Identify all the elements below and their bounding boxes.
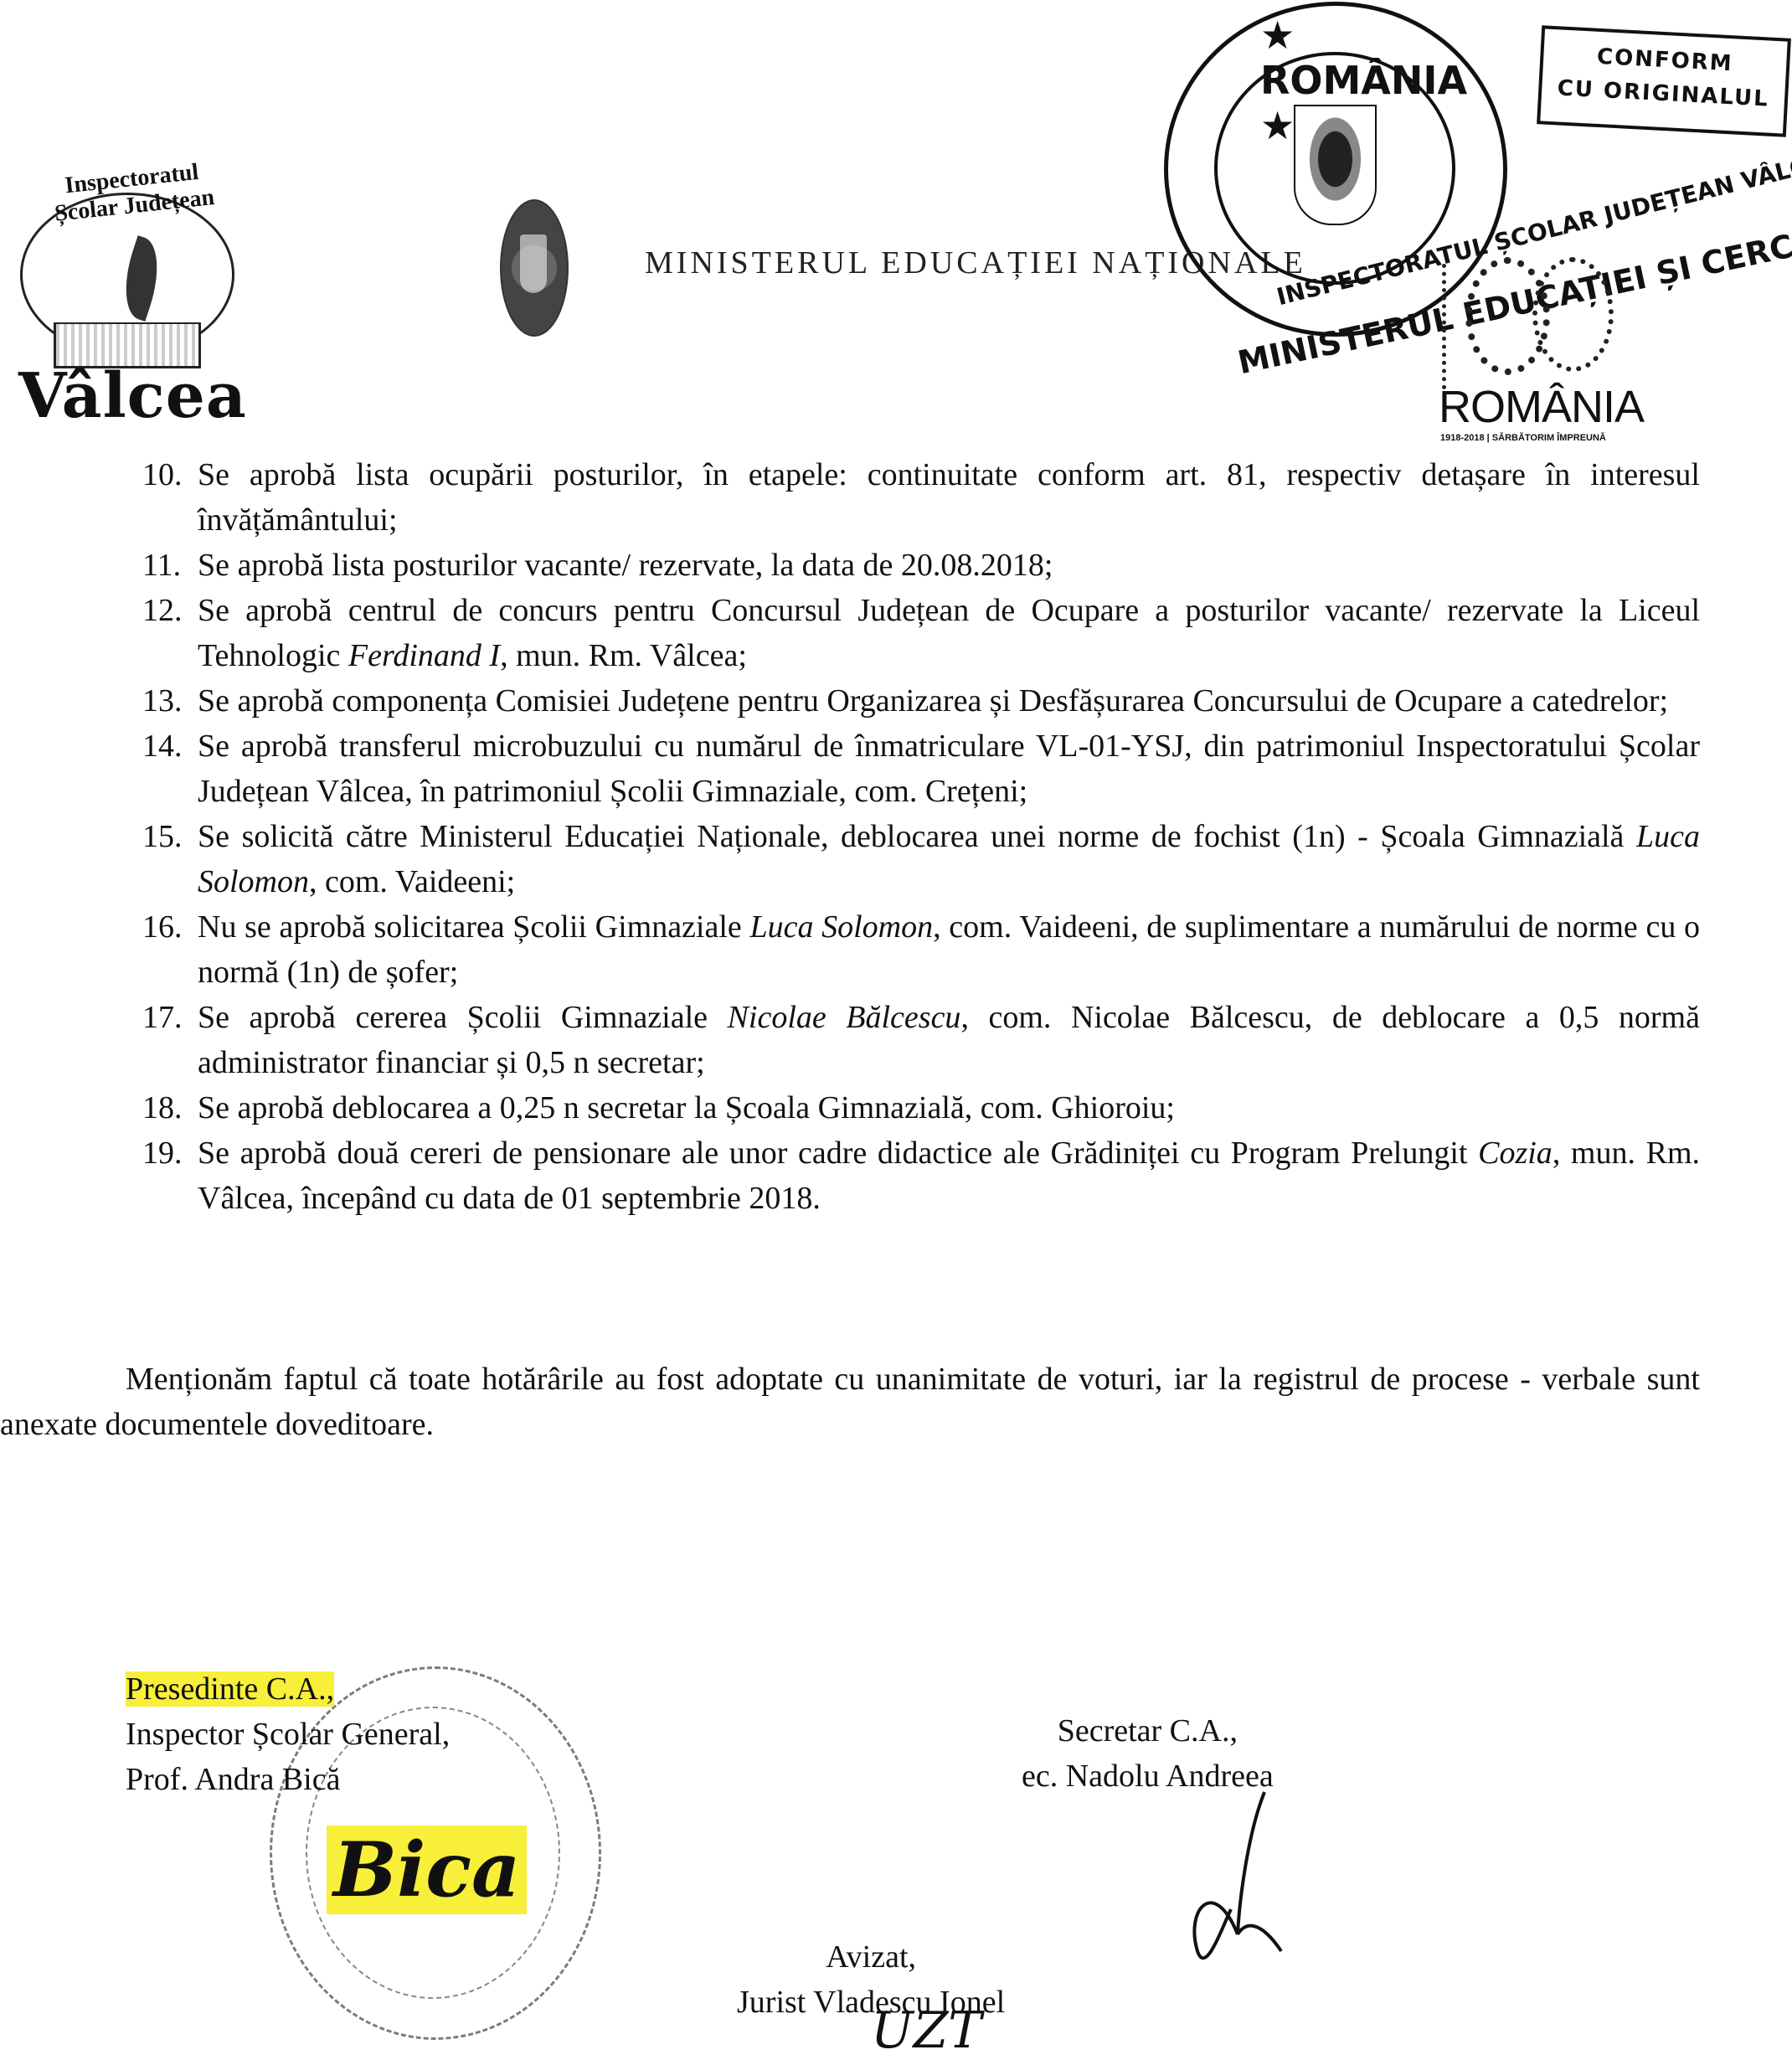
closing-line-1: Menționăm faptul că toate hotărârile au … (0, 1362, 1400, 1397)
decision-number: 15. (142, 814, 183, 859)
legal-label: Avizat, (737, 1934, 1005, 1980)
decision-item: 11.Se aprobă lista posturilor vacante/ r… (142, 543, 1700, 588)
decision-text: Se aprobă deblocarea a 0,25 n secretar l… (198, 1090, 1175, 1125)
president-role: Presedinte C.A., (126, 1671, 334, 1707)
decision-text: Se aprobă lista posturilor vacante/ reze… (198, 548, 1053, 583)
centenary-digit-one (1442, 264, 1446, 389)
decision-text: Se aprobă cererea Școlii Gimnaziale (198, 1000, 728, 1035)
decision-number: 10. (142, 452, 183, 497)
decision-item: 17.Se aprobă cererea Școlii Gimnaziale N… (142, 995, 1700, 1085)
decisions-list: 10.Se aprobă lista ocupării posturilor, … (142, 452, 1700, 1221)
institution-name: Luca Solomon (749, 909, 933, 945)
decision-text: Se aprobă lista ocupării posturilor, în … (198, 457, 1700, 538)
decision-item: 12.Se aprobă centrul de concurs pentru C… (142, 588, 1700, 678)
decision-number: 19. (142, 1130, 183, 1176)
decision-number: 14. (142, 724, 183, 769)
decision-number: 17. (142, 995, 183, 1040)
decision-text: , com. Vaideeni; (309, 864, 515, 899)
president-handwritten-signature: Bica (327, 1826, 527, 1914)
secretary-role: Secretar C.A., (1022, 1708, 1274, 1754)
decision-text: Se solicită către Ministerul Educației N… (198, 819, 1636, 854)
president-signature-block: Presedinte C.A., Inspector Școlar Genera… (126, 1666, 450, 1802)
decision-item: 14.Se aprobă transferul microbuzului cu … (142, 724, 1700, 814)
decision-item: 10.Se aprobă lista ocupării posturilor, … (142, 452, 1700, 543)
decision-text: Se aprobă două cereri de pensionare ale … (198, 1136, 1478, 1171)
closing-paragraph: Menționăm faptul că toate hotărârile au … (0, 1357, 1700, 1447)
centenary-word: ROMÂNIA (1439, 381, 1644, 433)
institution-name: Nicolae Bălcescu (728, 1000, 961, 1035)
president-name: Prof. Andra Bică (126, 1757, 450, 1802)
decision-item: 16.Nu se aprobă solicitarea Școlii Gimna… (142, 904, 1700, 995)
stamp-top-text: ★ ROMÂNIA ★ (1260, 13, 1503, 148)
decision-text: Se aprobă transferul microbuzului cu num… (198, 729, 1700, 809)
legal-handwritten-signature: UZT (871, 2001, 981, 2060)
centenary-logo: ROMÂNIA 1918-2018 | SĂRBĂTORIM ÎMPREUNĂ (1432, 239, 1633, 440)
decision-item: 19.Se aprobă două cereri de pensionare a… (142, 1130, 1700, 1221)
decision-item: 15.Se solicită către Ministerul Educație… (142, 814, 1700, 904)
county-inspectorate-logo: Inspectoratul Școlar Județean Vâlcea (12, 159, 238, 410)
decision-number: 13. (142, 678, 183, 724)
coat-of-arms-icon (500, 199, 569, 337)
president-title: Inspector Școlar General, (126, 1712, 450, 1757)
conform-original-stamp: CONFORM CU ORIGINALUL (1537, 25, 1791, 136)
decision-text: , mun. Rm. Vâlcea; (500, 638, 747, 673)
decision-item: 13.Se aprobă componența Comisiei Județen… (142, 678, 1700, 724)
decision-number: 12. (142, 588, 183, 633)
centenary-tagline: 1918-2018 | SĂRBĂTORIM ÎMPREUNĂ (1440, 433, 1606, 443)
decision-number: 11. (142, 543, 181, 588)
decision-number: 16. (142, 904, 183, 950)
centenary-digit-zero (1532, 257, 1614, 372)
logo-county-name: Vâlcea (18, 360, 247, 432)
decision-text: Se aprobă componența Comisiei Județene p… (198, 683, 1668, 718)
secretary-handwritten-signature (1189, 1784, 1306, 1968)
decision-item: 18.Se aprobă deblocarea a 0,25 n secreta… (142, 1085, 1700, 1130)
decision-text: Nu se aprobă solicitarea Școlii Gimnazia… (198, 909, 749, 945)
decision-number: 18. (142, 1085, 183, 1130)
institution-name: Cozia (1478, 1136, 1553, 1171)
institution-name: Ferdinand I (348, 638, 500, 673)
